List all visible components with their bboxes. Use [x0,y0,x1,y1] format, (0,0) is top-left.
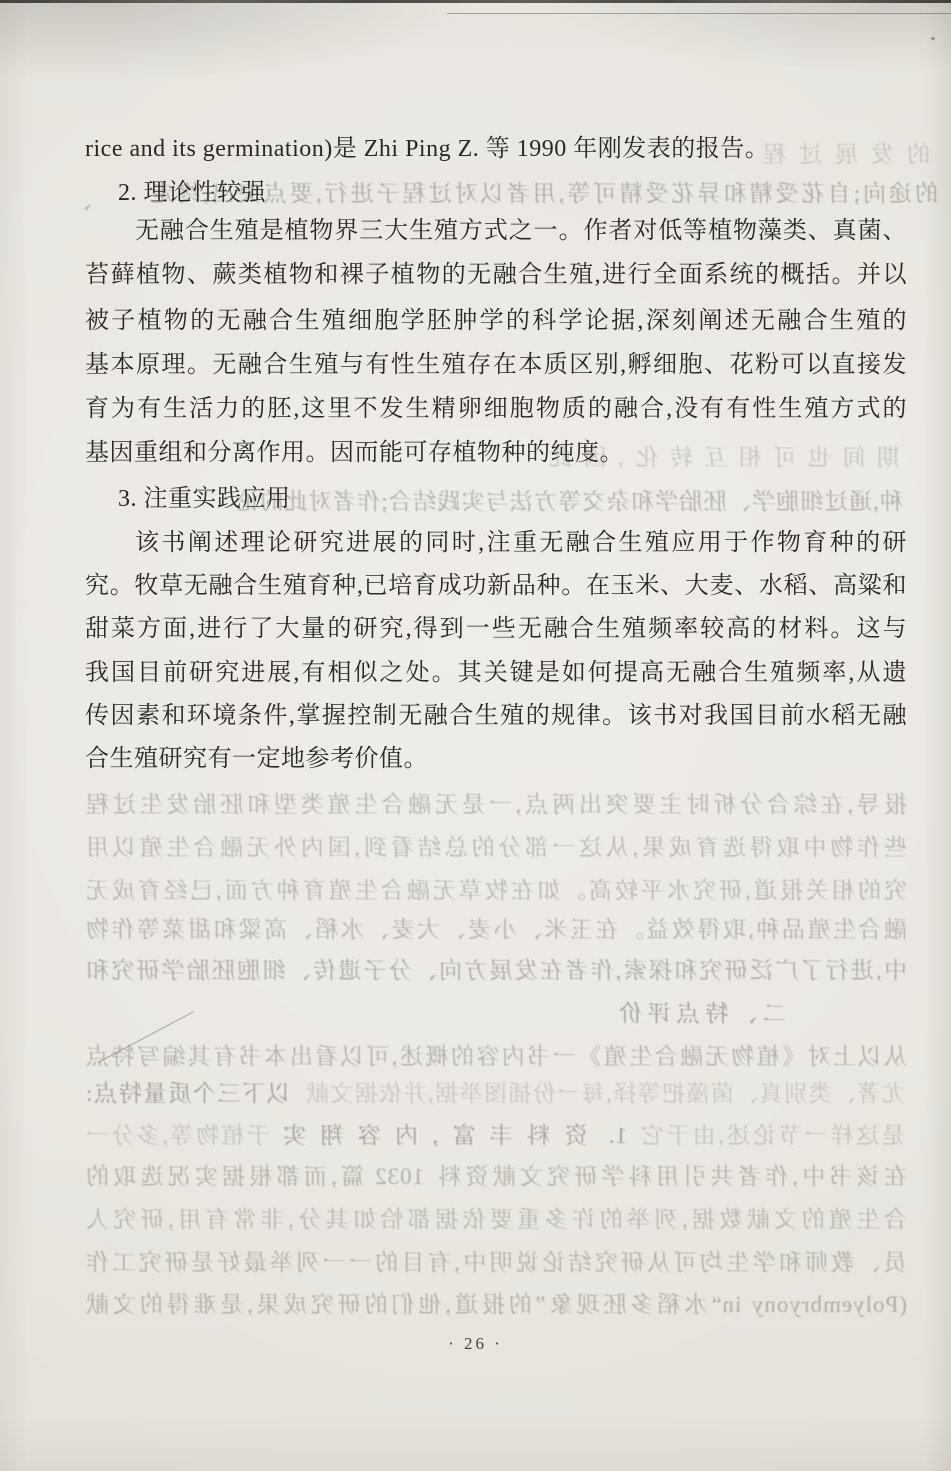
bleedthrough-line: 的途向;自花受精和异花受精可等,用者以对过程子进行,要点突出,终走 [150,179,938,209]
bleedthrough-line: 融合生殖品种,取得效益。在玉米、小麦、大麦、水稻、高粱和甜菜等作物 [85,915,907,945]
bleedthrough-line: 报导,在综合分析时主要突出两点,一是无融合生殖类型和胚胎发生过程 [85,790,907,820]
body-text-line: 被子植物的无融合生殖细胞学胚肿学的科学论据,深刻阐述无融合生殖的 [85,306,907,337]
bleedthrough-heading: 二、特点评价 [618,999,786,1029]
bleedthrough-line: 在该书中,作者共引用科学研究文献资料 1032 篇,而都根据实况选取的 [85,1162,907,1192]
bleedthrough-line: 中,进行了广泛研究和探索,作者在发展方向、分子遗传、细胞胚胎学研究和 [85,956,907,986]
bleedthrough-mark: 、 [70,186,92,216]
body-text-line: 无融合生殖是植物界三大生殖方式之一。作者对低等植物藻类、真菌、 [85,216,907,247]
bleedthrough-line: 的发展过程 [762,140,930,170]
body-text-line: 基本原理。无融合生殖与有性生殖存在本质区别,孵细胞、花粉可以直接发 [85,350,907,381]
bleedthrough-line: (Polyembryony in“水稻多胚现象”的报道,他们的研究成果,是难得的… [85,1290,907,1320]
bleedthrough-line: 尤著、类别真、菌藻把等择,每一份插图举据,并依据文献 [305,1079,905,1109]
scan-edge-line-second [447,13,951,14]
body-text-line: 基因重组和分离作用。因而能可存植物种的纯度。 [85,438,907,469]
body-text-line: 甜菜方面,进行了大量的研究,得到一些无融合生殖频率较高的材料。这与 [85,614,907,645]
bleedthrough-line: 合生殖的文献数据,列举的许多重要依据都恰如其分,非常有用,研究人 [85,1205,907,1235]
section-heading-2: 2. 理论性较强 [118,178,266,209]
bleedthrough-heading: 1. 资料丰富,内容翔实 [282,1121,627,1151]
body-text-line: 我国目前研究进展,有相似之处。其关键是如何提高无融合生殖频率,从遗 [85,658,907,689]
bleedthrough-heading: 以下三个质量特点: [85,1079,290,1109]
scan-edge-line-top [0,0,951,3]
body-text-line: 苔藓植物、蕨类植物和裸子植物的无融合生殖,进行全面系统的概括。并以 [85,260,907,291]
bleedthrough-line: 员、教师和学生均可从研究结论说明中,有目的一一列举最好是研究工作 [85,1248,907,1278]
scanned-book-page: 的发展过程 的途向;自花受精和异花受精可等,用者以对过程子进行,要点突出,终走 … [0,0,951,1471]
bleedthrough-line: 从以上对《植物无融合生殖》一书内容的概述,可以看出本书有其编写特点 [85,1042,907,1072]
body-text-line: 该书阐述理论研究进展的同时,注重无融合生殖应用于作物育种的研 [85,528,907,559]
body-text-line: 合生殖研究有一定地参考价值。 [85,744,907,775]
page-number: · 26 · [0,1332,951,1356]
bleedthrough-line: 些作物中取得选育成果,从这一部分的总结看到,国内外无融合生殖以用 [85,833,907,863]
body-text-line: 究。牧草无融合生殖育种,已培育成功新品种。在玉米、大麦、水稻、高粱和 [85,571,907,602]
bleedthrough-line: 种,通过细胞学、胚胎学和杂交等方法与实践结合;作者对此的论述尤为 [235,487,903,517]
bleedthrough-line: 于植物等,多分一节 [85,1121,270,1151]
bleedthrough-line: 是这样一节论述,由于它们 [640,1121,905,1151]
body-text-line: 育为有生活力的胚,这里不发生精卵细胞物质的融合,没有有性生殖方式的 [85,394,907,425]
section-heading-3: 3. 注重实践应用 [118,484,291,515]
body-text-line: 传因素和环境条件,掌握控制无融合生殖的规律。该书对我国目前水稻无融 [85,701,907,732]
bleedthrough-line: 究的相关报道,研究水平较高。如在牧草无融合生殖育种方面,已经育成无 [85,876,907,906]
paper-speck [931,37,935,40]
body-text-intro-line: rice and its germination)是 Zhi Ping Z. 等… [85,134,769,165]
